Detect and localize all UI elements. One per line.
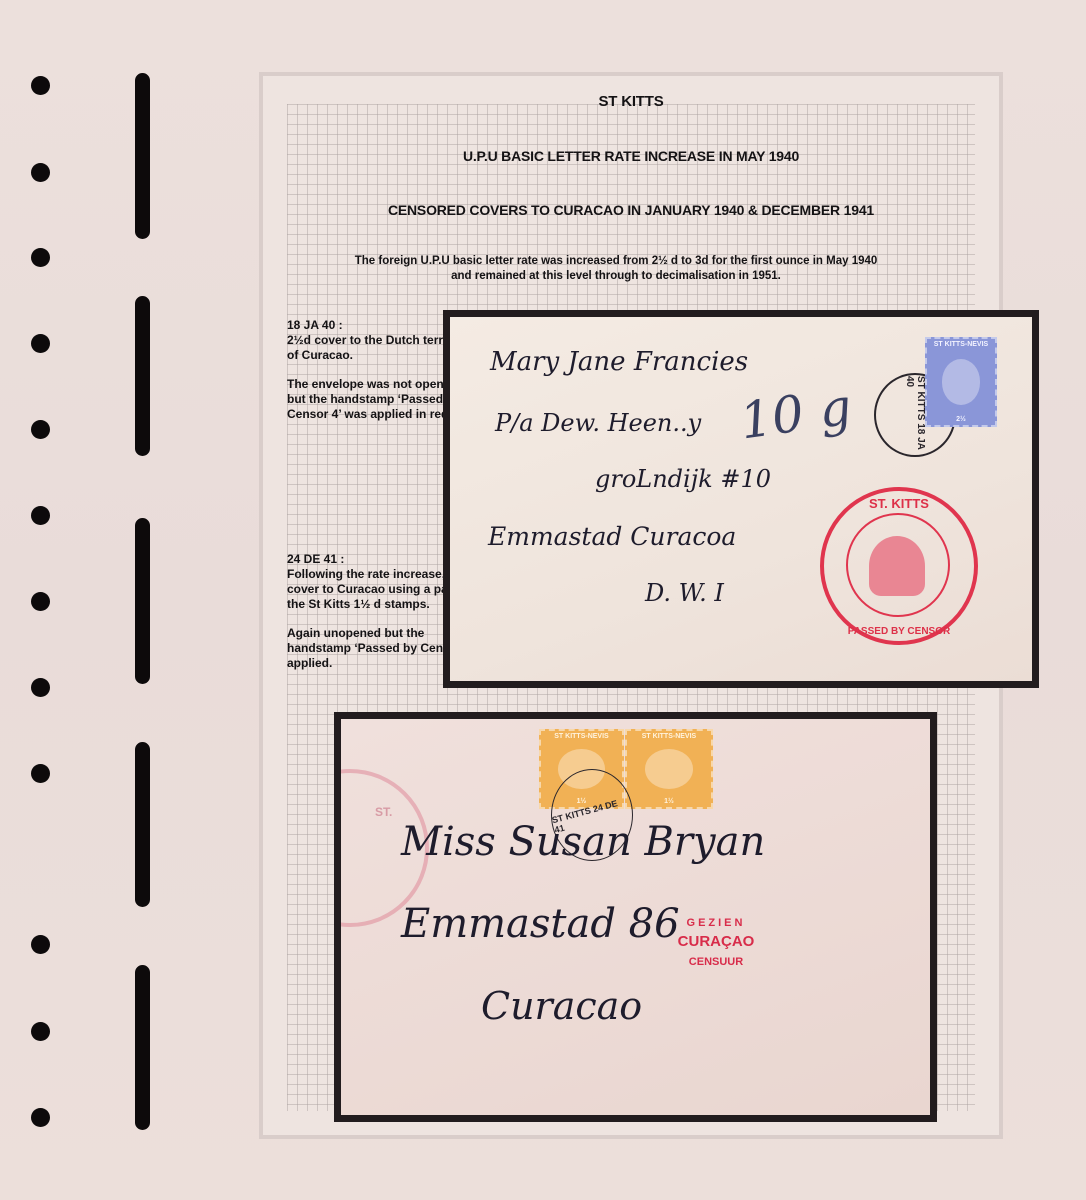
stamp-value: 2½ [956,416,966,423]
king-portrait [645,749,693,789]
stamp-country: ST KITTS-NEVIS [934,341,988,348]
postage-due-annotation: 10 g [737,378,856,451]
faint-censor-text: ST. [375,805,392,819]
binder-slot [135,518,150,684]
stamp-country: ST KITTS-NEVIS [642,733,696,740]
binder-hole [31,592,50,611]
stamp-value: 1½ [664,798,674,805]
binder-hole [31,163,50,182]
stamp-1-5d-orange: ST KITTS-NEVIS 1½ [625,729,713,809]
cover-1941: ST. ST KITTS-NEVIS 1½ ST KITTS-NEVIS 1½ … [334,712,937,1122]
binder-hole [31,420,50,439]
envelope: ST. ST KITTS-NEVIS 1½ ST KITTS-NEVIS 1½ … [341,719,930,1115]
binder-slot [135,73,150,239]
intro-text: The foreign U.P.U basic letter rate was … [293,254,939,284]
binder-hole [31,506,50,525]
binder-hole [31,334,50,353]
page-heading: CENSORED COVERS TO CURACAO IN JANUARY 19… [263,202,999,218]
stamp-2-5d-blue: ST KITTS-NEVIS 2½ [925,337,997,427]
binder-hole [31,1108,50,1127]
censor-bottom-text: CENSUUR [651,956,781,968]
address-line: P/a Dew. Heen..y [495,409,701,437]
page-subtitle: U.P.U BASIC LETTER RATE INCREASE IN MAY … [263,148,999,164]
address-line: Miss Susan Bryan [401,819,765,865]
binder-slot [135,965,150,1130]
censor-handstamp: ST. KITTS PASSED BY CENSOR [820,487,978,645]
address-line: Emmastad 86 [401,901,680,947]
binder-slot [135,296,150,456]
address-line: D. W. I [645,579,724,607]
binder-hole [31,76,50,95]
binder-hole [31,1022,50,1041]
binder-hole [31,248,50,267]
crown-icon [869,536,925,596]
censor-middle-text: CURAÇAO [651,933,781,950]
envelope: Mary Jane Francies P/a Dew. Heen..y groL… [450,317,1032,681]
curacao-censor-handstamp: GEZIEN CURAÇAO CENSUUR [651,917,781,968]
censor-top-text: GEZIEN [651,917,781,929]
intro-line-1: The foreign U.P.U basic letter rate was … [293,254,939,269]
binder-hole [31,764,50,783]
binder-slot [135,742,150,907]
address-line: Emmastad Curacoa [488,522,736,551]
page-title: ST KITTS [263,93,999,110]
intro-line-2: and remained at this level through to de… [293,269,939,284]
address-line: Curacao [481,984,642,1028]
stamp-country: ST KITTS-NEVIS [554,733,608,740]
address-line: Mary Jane Francies [490,347,748,377]
postmark-text: ST KITTS 18 JA 40 [904,376,926,454]
censor-top-text: ST. KITTS [824,496,974,511]
king-portrait [942,359,980,404]
censor-bottom-text: PASSED BY CENSOR [824,626,974,637]
cover-1940: Mary Jane Francies P/a Dew. Heen..y groL… [443,310,1039,688]
binder-hole [31,678,50,697]
binder-hole [31,935,50,954]
address-line: groLndijk #10 [595,465,771,493]
